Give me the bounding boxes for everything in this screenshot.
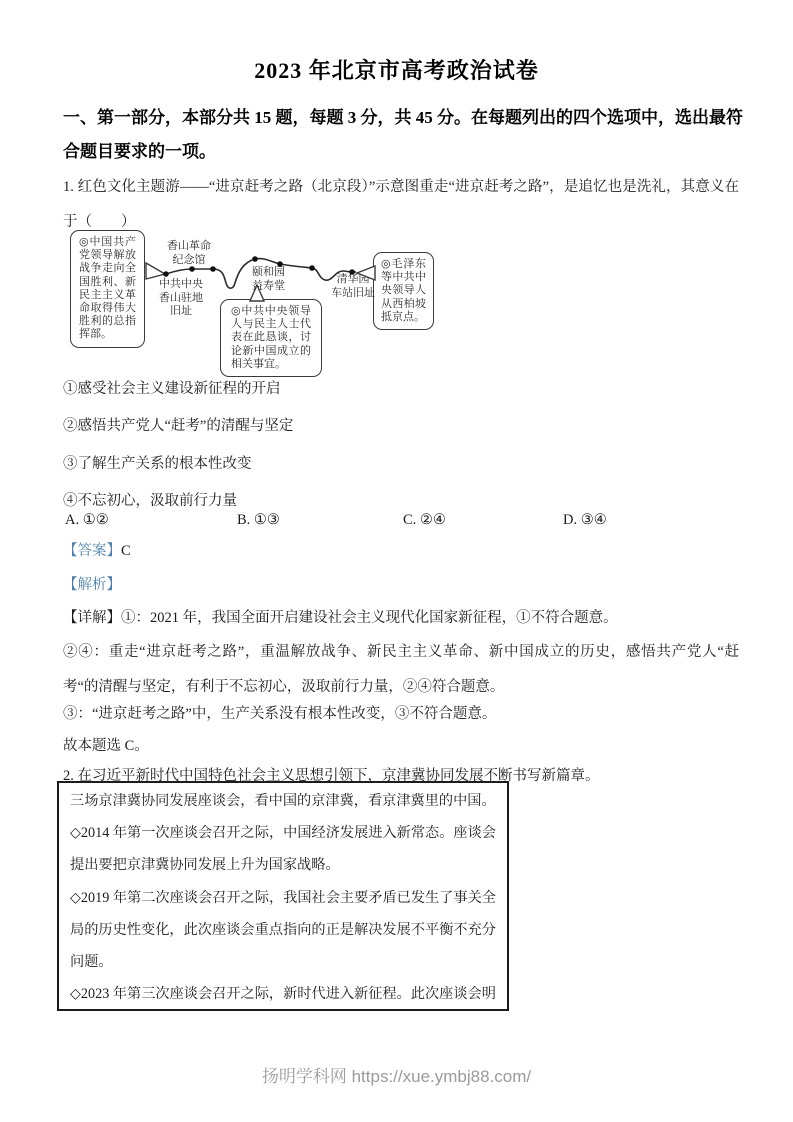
choice-b: B. ①③ bbox=[237, 503, 280, 538]
exam-page: 2023 年北京市高考政治试卷 一、第一部分，本部分共 15 题，每题 3 分，… bbox=[0, 0, 793, 1122]
diagram-callout-headquarters: ◎中国共产党领导解放战争走向全国胜利、新民主主义革命取得伟大胜利的总指挥部。 bbox=[70, 230, 145, 348]
choice-c: C. ②④ bbox=[403, 503, 446, 538]
diagram-label-yiheyuan-hall: 颐和园益寿堂 bbox=[251, 266, 286, 293]
diagram-label-qinghuayuan-line1: 清华园 bbox=[337, 273, 370, 285]
diagram-callout-talks: ◎中共中央领导人与民主人士代表在此恳谈，讨论新中国成立的相关事宜。 bbox=[220, 299, 322, 377]
choice-a: A. ①② bbox=[65, 503, 109, 538]
answer-value: C bbox=[121, 543, 131, 559]
choice-d: D. ③④ bbox=[563, 503, 607, 538]
statement-3: ③了解生产关系的根本性改变 bbox=[63, 447, 739, 482]
box-paragraph-intro: 三场京津冀协同发展座谈会，看中国的京津冀，看京津冀里的中国。 bbox=[70, 785, 496, 817]
diagram-label-qinghuayuan-line2: 车站旧址 bbox=[331, 287, 375, 299]
choice-row: A. ①② B. ①③ C. ②④ D. ③④ bbox=[63, 503, 739, 538]
route-diagram: ◎中国共产党领导解放战争走向全国胜利、新民主主义革命取得伟大胜利的总指挥部。 ◎… bbox=[65, 229, 465, 381]
answer-line: 【答案】C bbox=[63, 534, 739, 569]
diagram-label-xiangshan-memorial: 香山革命纪念馆 bbox=[165, 240, 213, 267]
diagram-label-xiangshan-site: 中共中央香山驻地旧址 bbox=[157, 278, 205, 319]
detail-p1: ①：2021 年，我国全面开启建设社会主义现代化国家新征程，①不符合题意。 bbox=[121, 610, 618, 626]
section-header: 一、第一部分，本部分共 15 题，每题 3 分，共 45 分。在每题列出的四个选… bbox=[63, 101, 743, 169]
detail-line-1: 【详解】①：2021 年，我国全面开启建设社会主义现代化国家新征程，①不符合题意… bbox=[63, 601, 739, 636]
analysis-label: 【解析】 bbox=[63, 577, 121, 593]
detail-p2: ②④：重走“进京赶考之路”，重温解放战争、新民主主义革命、新中国成立的历史，感悟… bbox=[63, 635, 739, 705]
detail-p3: ③：“进京赶考之路”中，生产关系没有根本性改变，③不符合题意。 bbox=[63, 697, 739, 732]
box-paragraph-2023: ◇2023 年第三次座谈会召开之际，新时代进入新征程。此次座谈会明 bbox=[70, 978, 496, 1010]
analysis-line: 【解析】 bbox=[63, 568, 739, 603]
box-paragraph-2014: ◇2014 年第一次座谈会召开之际，中国经济发展进入新常态。座谈会提出要把京津冀… bbox=[70, 817, 496, 881]
watermark-site-link[interactable]: 扬明学科网 https://xue.ymbj88.com/ bbox=[0, 1062, 793, 1087]
diagram-callout-arrival: ◎毛泽东等中共中央领导人从西柏坡抵京点。 bbox=[373, 252, 434, 330]
diagram-label-qinghuayuan-station: 清华园 车站旧址 bbox=[327, 273, 379, 300]
page-title: 2023 年北京市高考政治试卷 bbox=[0, 54, 793, 85]
question2-material-box: 三场京津冀协同发展座谈会，看中国的京津冀，看京津冀里的中国。 ◇2014 年第一… bbox=[57, 781, 509, 1011]
answer-label: 【答案】 bbox=[63, 543, 121, 559]
detail-label: 【详解】 bbox=[63, 610, 121, 626]
statement-2: ②感悟共产党人“赶考”的清醒与坚定 bbox=[63, 409, 739, 444]
box-paragraph-2019: ◇2019 年第二次座谈会召开之际，我国社会主要矛盾已发生了事关全局的历史性变化… bbox=[70, 882, 496, 979]
statement-1: ①感受社会主义建设新征程的开启 bbox=[63, 372, 739, 407]
